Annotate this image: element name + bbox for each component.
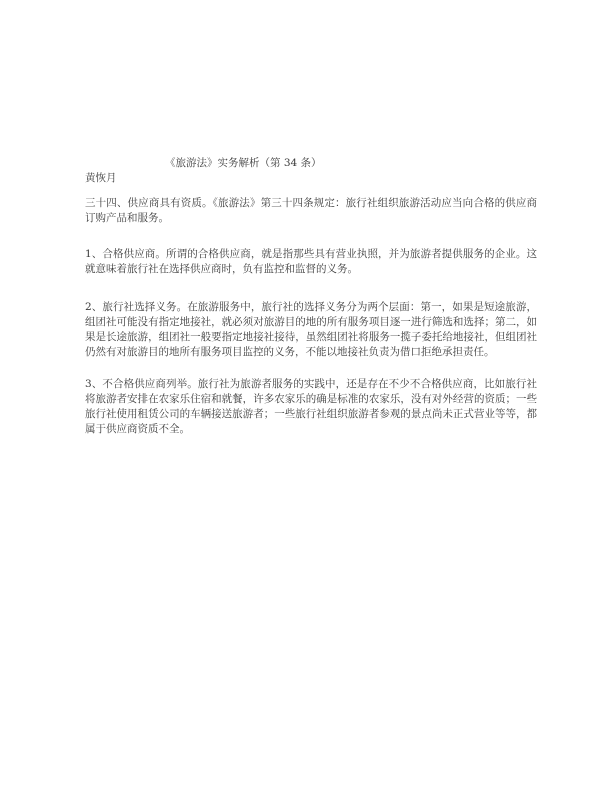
document-author: 黄恢月 (85, 171, 537, 186)
paragraph-point-3-unqualified-supplier-examples: 3、不合格供应商列举。旅行社为旅游者服务的实践中，还是存在不少不合格供应商，比如… (85, 377, 537, 437)
paragraph-point-1-qualified-supplier: 1、合格供应商。所谓的合格供应商，就是指那些具有营业执照，并为旅游者提供服务的企… (85, 247, 537, 277)
document-page: 《旅游法》实务解析（第 34 条） 黄恢月 三十四、供应商具有资质。《旅游法》第… (0, 0, 612, 792)
document-title: 《旅游法》实务解析（第 34 条） (85, 156, 537, 171)
paragraph-article-summary: 三十四、供应商具有资质。《旅游法》第三十四条规定：旅行社组织旅游活动应当向合格的… (85, 196, 537, 226)
paragraph-point-2-agency-selection-duty: 2、旅行社选择义务。在旅游服务中，旅行社的选择义务分为两个层面：第一，如果是短途… (85, 300, 537, 360)
document-content: 《旅游法》实务解析（第 34 条） 黄恢月 三十四、供应商具有资质。《旅游法》第… (85, 156, 537, 437)
